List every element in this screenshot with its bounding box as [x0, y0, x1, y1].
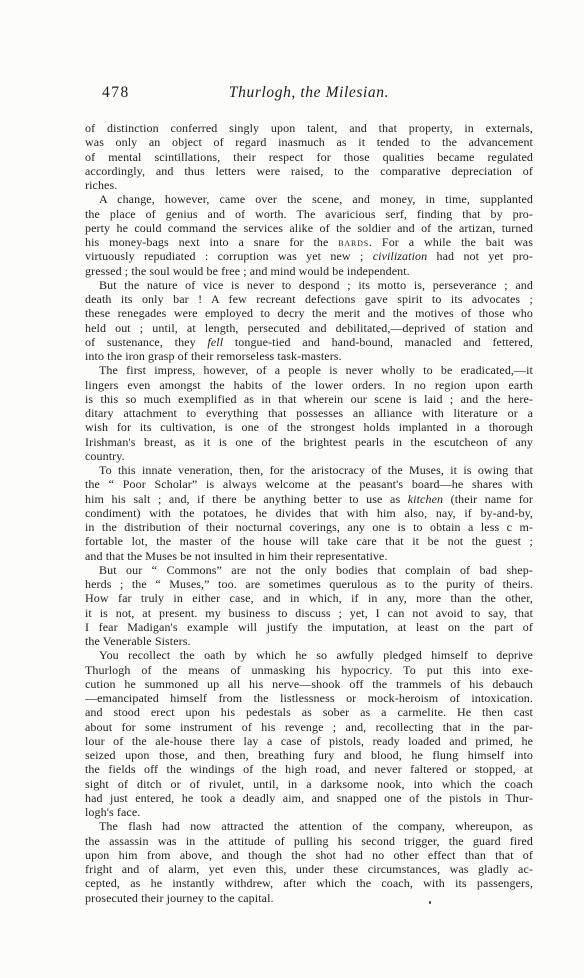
- text-line: of mental scintillations, their respect …: [85, 150, 533, 164]
- text-line: The flash had now attracted the attentio…: [85, 819, 533, 833]
- text-line: gressed ; the soul would be free ; and m…: [85, 264, 533, 278]
- text-line: it is not, at present. my business to di…: [85, 606, 533, 620]
- text-line: is this so much exemplified as in that w…: [85, 392, 533, 406]
- text-line: ditary attachment to everything that pos…: [85, 406, 533, 420]
- text-line: into the iron grasp of their remorseless…: [85, 349, 533, 363]
- text-line: was only an object of regard inasmuch as…: [85, 135, 533, 149]
- text-line: How far truly in either case, and in whi…: [85, 591, 533, 605]
- text-line: about for some instrument of his revenge…: [85, 720, 533, 734]
- text-line: fortable lot, the master of the house wi…: [85, 534, 533, 548]
- italic-text: fell: [207, 335, 223, 349]
- text-line: and that the Muses be not insulted in hi…: [85, 549, 533, 563]
- text-line: —emancipated himself from the listlessne…: [85, 691, 533, 705]
- text-line: cepted, as he instantly withdrew, after …: [85, 876, 533, 890]
- text-line: and stood erect upon his pedestals as so…: [85, 705, 533, 719]
- text-line: sight of ditch or of rivulet, until, in …: [85, 777, 533, 791]
- text-line: riches.: [85, 178, 533, 192]
- text-line: the place of genius and of worth. The av…: [85, 207, 533, 221]
- text-line: had just entered, he took a deadly aim, …: [85, 791, 533, 805]
- text-line: Thurlogh of the means of unmasking his h…: [85, 663, 533, 677]
- text-line: of sustenance, they fell tongue-tied and…: [85, 335, 533, 349]
- text-line: condiment) with the potatoes, he divides…: [85, 506, 533, 520]
- text-line: the assassin was in the attitude of pull…: [85, 834, 533, 848]
- text-line: lour of the ale-house there lay a case o…: [85, 734, 533, 748]
- italic-text: civilization: [373, 249, 428, 263]
- text-line: the Venerable Sisters.: [85, 634, 533, 648]
- text-line: accordingly, and thus letters were raise…: [85, 164, 533, 178]
- text-line: the fields off the windings of the high …: [85, 762, 533, 776]
- smallcaps-text: bards: [338, 235, 369, 249]
- text-line: seized upon those, and then, breathing f…: [85, 748, 533, 762]
- italic-text: kitchen: [408, 492, 443, 506]
- text-line: A change, however, came over the scene, …: [85, 192, 533, 206]
- text-line: herds ; the “ Muses,” too. are sometimes…: [85, 577, 533, 591]
- text-line: upon him from above, and though the shot…: [85, 848, 533, 862]
- running-title: Thurlogh, the Milesian.: [85, 84, 533, 102]
- text-line: cution he summoned up all his nerve—shoo…: [85, 677, 533, 691]
- text-line: logh's face.: [85, 805, 533, 819]
- text-line: fright and of alarm, yet even this, unde…: [85, 862, 533, 876]
- text-line: I fear Madigan's example will justify th…: [85, 620, 533, 634]
- text-line: The first impress, however, of a people …: [85, 363, 533, 377]
- text-line: lingers even amongst the habits of the l…: [85, 378, 533, 392]
- text-line: of distinction conferred singly upon tal…: [85, 121, 533, 135]
- text-line: wish for its cultivation, is one of the …: [85, 420, 533, 434]
- text-line: country.: [85, 449, 533, 463]
- text-line: But the nature of vice is never to despo…: [85, 278, 533, 292]
- text-line: virtuously repudiated : corruption was y…: [85, 249, 533, 263]
- text-line: the “ Poor Scholar” is always welcome at…: [85, 477, 533, 491]
- text-line: death its only bar ! A few recreant defe…: [85, 292, 533, 306]
- text-line: held out ; until, at length, persecuted …: [85, 321, 533, 335]
- text-body: of distinction conferred singly upon tal…: [85, 121, 533, 905]
- ink-speck: [429, 901, 431, 904]
- text-line: But our “ Commons” are not the only bodi…: [85, 563, 533, 577]
- book-page: 478 Thurlogh, the Milesian. of distincti…: [0, 0, 584, 978]
- text-line: in the distribution of their nocturnal c…: [85, 520, 533, 534]
- text-line: him his salt ; and, if there be anything…: [85, 492, 533, 506]
- text-line: these renegades were employed to decry t…: [85, 306, 533, 320]
- text-line: To this innate veneration, then, for the…: [85, 463, 533, 477]
- text-line: perty he could command the services alik…: [85, 221, 533, 235]
- page-header: 478 Thurlogh, the Milesian.: [85, 84, 533, 104]
- text-line: prosecuted their journey to the capital.: [85, 891, 533, 905]
- text-line: his money-bags next into a snare for the…: [85, 235, 533, 249]
- text-line: You recollect the oath by which he so aw…: [85, 648, 533, 662]
- text-line: Irishman's breast, as it is one of the b…: [85, 435, 533, 449]
